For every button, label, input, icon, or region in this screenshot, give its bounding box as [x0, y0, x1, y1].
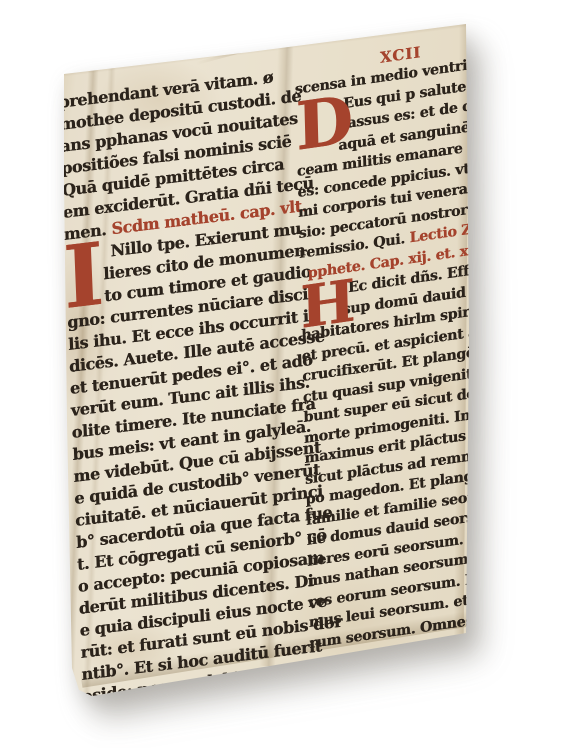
initial-letter-H: H [300, 277, 356, 332]
initial-letter-D: D [295, 92, 353, 154]
vellum-book-cover: prehendant verā vitam. ømothee depositū … [0, 0, 570, 748]
initial-letter-I: I [62, 239, 104, 314]
book-photo: prehendant verā vitam. ømothee depositū … [0, 0, 570, 748]
rubric-text: Oratio [517, 44, 566, 67]
text-column-right: XCII scensa in medio ventris mei. Oratio… [294, 22, 570, 654]
